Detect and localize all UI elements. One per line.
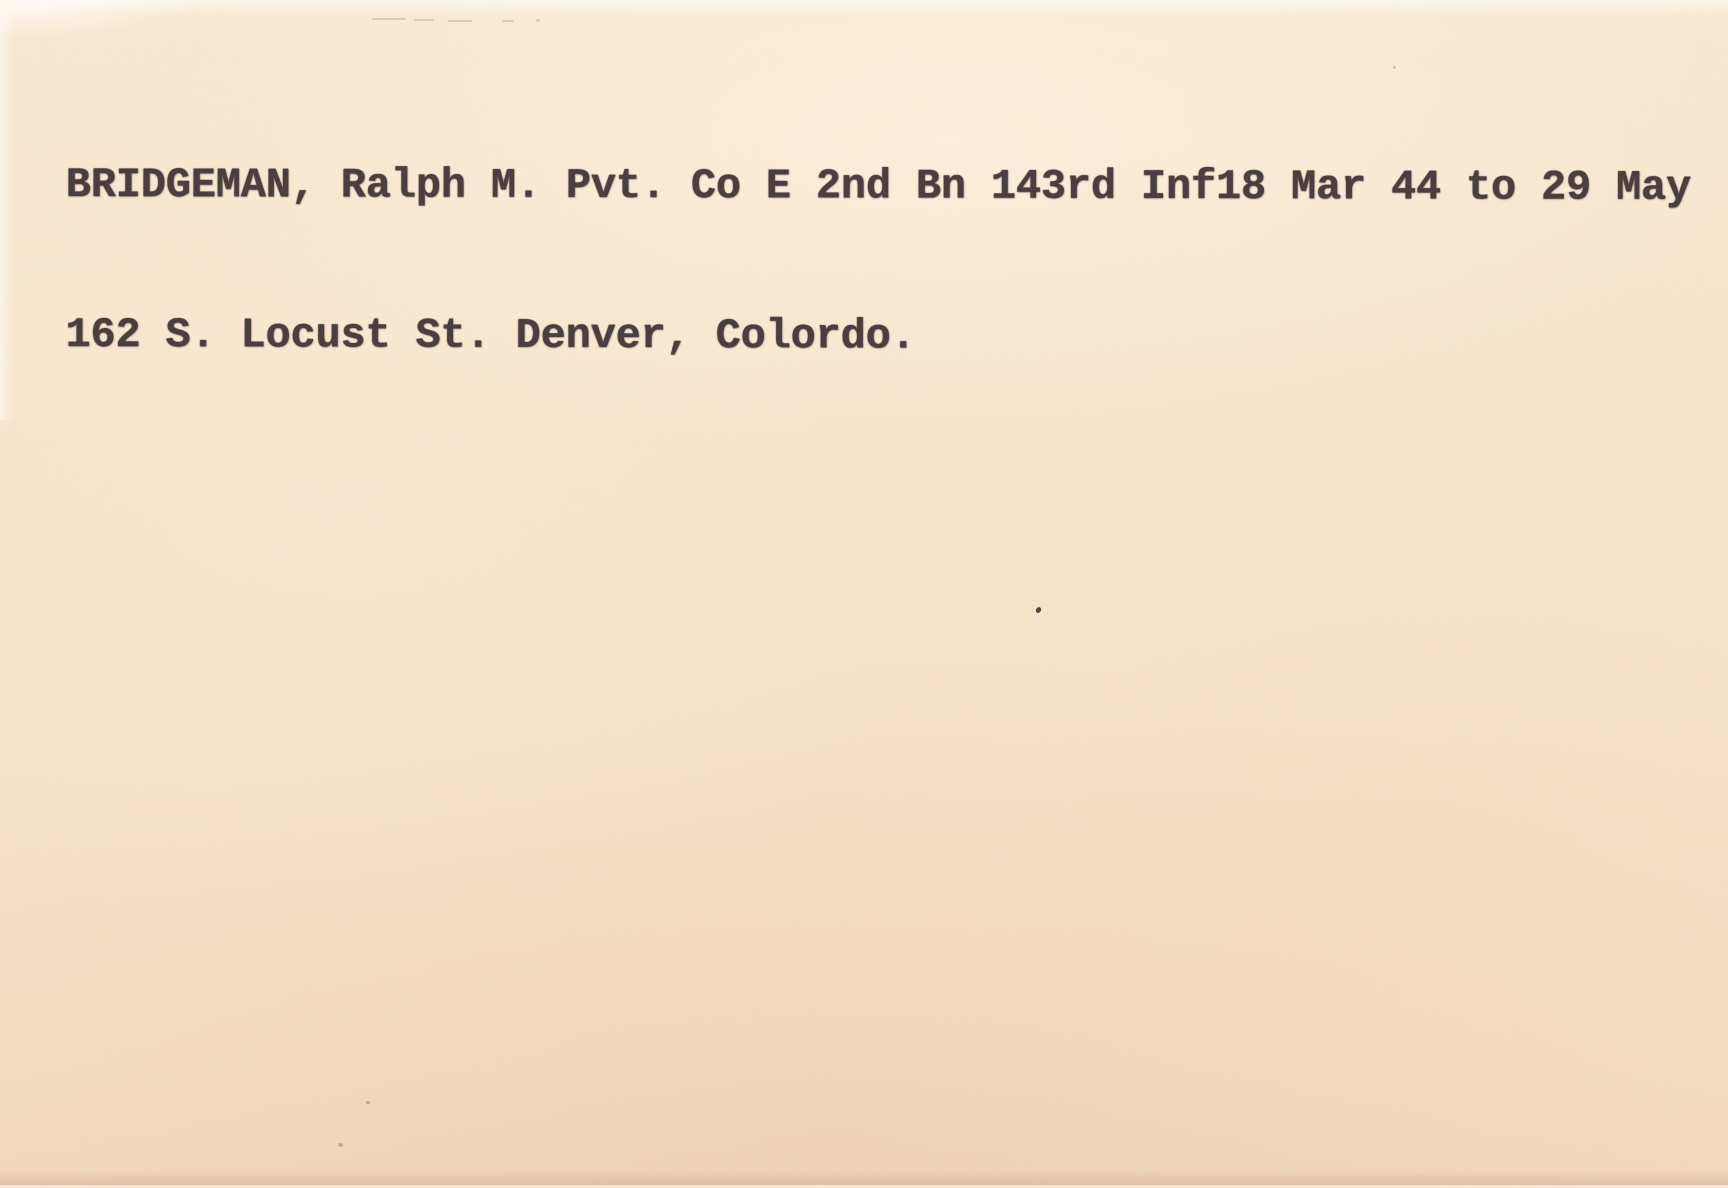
card-line-address: 162 S. Locust St. Denver, Colordo. xyxy=(65,310,1690,363)
typewritten-text-block: BRIDGEMAN, Ralph M. Pvt. Co E 2nd Bn 143… xyxy=(65,60,1691,463)
scan-edge-highlight-top xyxy=(0,0,1728,16)
pencil-mark xyxy=(448,20,472,22)
pencil-mark xyxy=(414,19,434,21)
scan-edge-highlight-corner xyxy=(0,0,260,40)
pencil-mark xyxy=(536,19,540,22)
scan-edge-shadow-bottom xyxy=(0,1171,1728,1185)
ink-speck xyxy=(1035,606,1043,614)
scan-edge-highlight-left xyxy=(0,0,14,420)
ink-speck xyxy=(338,1143,343,1147)
ink-speck xyxy=(366,1101,370,1104)
index-card: BRIDGEMAN, Ralph M. Pvt. Co E 2nd Bn 143… xyxy=(0,0,1728,1188)
pencil-mark xyxy=(372,18,406,20)
card-line-service-record: BRIDGEMAN, Ralph M. Pvt. Co E 2nd Bn 143… xyxy=(66,160,1691,213)
pencil-mark xyxy=(502,20,514,22)
